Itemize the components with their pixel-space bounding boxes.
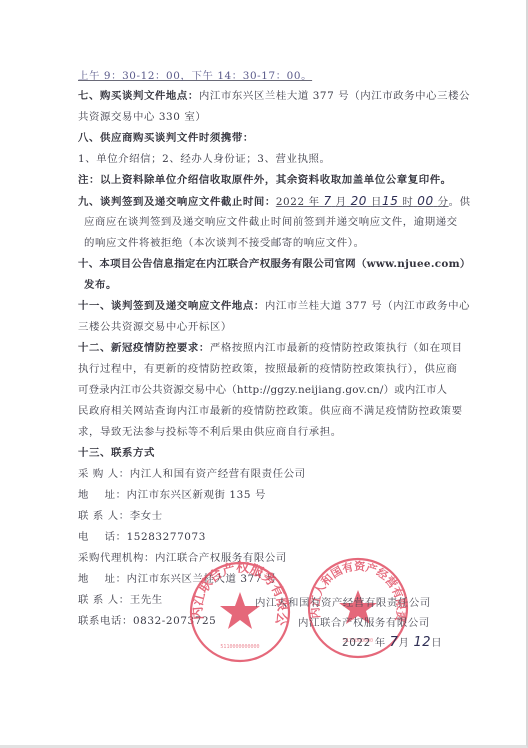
section-11-text: 内江市兰桂大道 377 号（内江市政务中心 <box>265 300 470 312</box>
section-8-items: 1、单位介绍信；2、经办人身份证；3、营业执照。 <box>78 152 330 166</box>
section-12-line3: 可登录内江市公共资源交易中心（http://ggzy.neijiang.gov.… <box>78 383 447 397</box>
phone-value: 15283277073 <box>127 531 206 543</box>
section-8-title: 八、供应商购买谈判文件时须携带： <box>78 131 254 145</box>
address-label: 地 址： <box>78 489 127 501</box>
signature-day: 12 <box>413 635 431 650</box>
contact-address: 地 址：内江市东兴区新观街 135 号 <box>78 488 266 502</box>
section-9: 九、谈判签到及递交响应文件截止时间：2022 年 7 月 20 日15 时 00… <box>78 194 471 209</box>
section-12-line2: 执行过程中，有更新的疫情防控政策，按照最新的疫情防控政策执行），供应商 <box>78 362 457 376</box>
section-12-line4: 民政府相关网站查询内江市最新的疫情防控政策。供应商不满足疫情防控政策要 <box>78 404 463 418</box>
deadline-minute: 00 <box>417 194 433 208</box>
note-line: 注：以上资料除单位介绍信收取原件外，其余资料收取加盖单位公章复印件。 <box>78 173 452 187</box>
signature-date: 2022 年 7月 12日 <box>342 634 442 650</box>
section-9-line2: 应商应在谈判签到及递交响应文件截止时间前签到并递交响应文件，逾期递交 <box>84 215 458 229</box>
deadline-hour: 15 <box>382 194 398 208</box>
agency-contact-value: 王先生 <box>130 594 163 606</box>
signature-company-2: 内江联合产权服务有限公司 <box>298 614 430 629</box>
signature-month: 7 <box>390 635 399 650</box>
agency-address-label: 地 址： <box>78 573 127 585</box>
section-12-title: 十二、新冠疫情防控要求： <box>78 342 210 354</box>
deadline-month-unit: 月 <box>336 196 347 208</box>
section-11-line2: 三楼公共资源交易中心开标区） <box>78 320 232 334</box>
contact-value: 李女士 <box>130 510 163 522</box>
company-seal-icon: 内江联合产权服务有限公司 5110000000000 <box>188 560 292 664</box>
section-10-line2: 发布。 <box>84 278 117 292</box>
section-7-line2: 共资源交易中心 330 室） <box>78 110 206 124</box>
agency-label: 采购代理机构： <box>78 552 155 564</box>
contact-person: 联 系 人：李女士 <box>78 509 163 523</box>
signature-year: 2022 年 <box>342 637 386 649</box>
agency-phone-label: 联系电话： <box>78 615 133 627</box>
section-12: 十二、新冠疫情防控要求：严格按照内江市最新的疫情防控政策执行（如在项目 <box>78 341 463 355</box>
deadline-day: 20 <box>351 194 367 208</box>
document-page: 上午 9：30-12：00，下午 14：30-17：00。 七、购买谈判文件地点… <box>0 0 528 748</box>
signature-month-unit: 月 <box>399 637 410 649</box>
contact-phone: 电 话：15283277073 <box>78 530 206 544</box>
section-12-text: 严格按照内江市最新的疫情防控政策执行（如在项目 <box>210 342 463 354</box>
section-11-title: 十一、谈判签到及递交响应文件地点： <box>78 300 265 312</box>
agency-contact: 联 系 人：王先生 <box>78 593 163 607</box>
deadline-day-unit: 日 <box>371 196 382 208</box>
section-7-text: 内江市东兴区兰桂大道 377 号（内江市政务中心三楼公 <box>199 90 470 102</box>
deadline-date: 2022 年 7 月 20 日15 时 00 分 <box>276 196 449 208</box>
agency-contact-label: 联 系 人： <box>78 594 130 606</box>
section-9-tail: 。供 <box>449 196 471 208</box>
address-value: 内江市东兴区新观街 135 号 <box>127 489 266 501</box>
contact-label: 联 系 人： <box>78 510 130 522</box>
sale-time-line: 上午 9：30-12：00，下午 14：30-17：00。 <box>78 69 312 83</box>
section-9-title: 九、谈判签到及递交响应文件截止时间： <box>78 196 276 208</box>
section-7-title: 七、购买谈判文件地点： <box>78 90 199 102</box>
purchaser-value: 内江人和国有资产经营有限责任公司 <box>130 468 306 480</box>
purchaser-label: 采 购 人： <box>78 468 130 480</box>
section-12-line5: 求，导致无法参与投标等不利后果由供应商自行承担。 <box>78 425 342 439</box>
deadline-year: 2022 年 <box>276 196 320 208</box>
svg-text:5110000000000: 5110000000000 <box>220 644 259 650</box>
section-11: 十一、谈判签到及递交响应文件地点：内江市兰桂大道 377 号（内江市政务中心 <box>78 299 470 313</box>
section-13-title: 十三、联系方式 <box>78 446 155 460</box>
section-10-line1: 十、本项目公告信息指定在内江联合产权服务有限公司官网（www.njuee.com… <box>78 257 471 271</box>
contact-purchaser: 采 购 人：内江人和国有资产经营有限责任公司 <box>78 467 306 481</box>
deadline-month: 7 <box>324 194 332 208</box>
deadline-hour-unit: 时 <box>402 196 413 208</box>
section-9-line3: 的响应文件将被拒绝（本次谈判不接受邮寄的响应文件）。 <box>84 236 365 250</box>
deadline-minute-unit: 分 <box>438 196 449 208</box>
section-7: 七、购买谈判文件地点：内江市东兴区兰桂大道 377 号（内江市政务中心三楼公 <box>78 89 470 103</box>
phone-label: 电 话： <box>78 531 127 543</box>
signature-day-unit: 日 <box>431 637 442 649</box>
signature-company-1: 内江人和国有资产经营有限责任公司 <box>255 594 431 609</box>
